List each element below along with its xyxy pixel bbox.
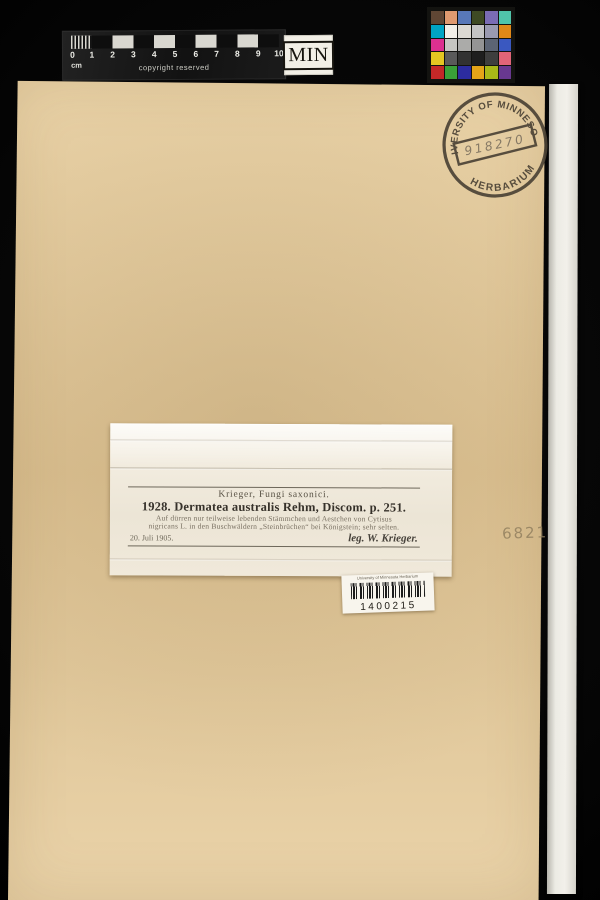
label-description-line2: nigricans L. in den Buschwäldern „Steinb… (128, 523, 420, 532)
scale-ruler: 012345678910 cm copyright reserved (62, 29, 286, 81)
color-patch (472, 11, 485, 24)
color-calibration-chart (427, 7, 515, 83)
ruler-checker-bar (71, 34, 279, 48)
color-patch (431, 66, 444, 79)
color-patch (458, 39, 471, 52)
white-backing-strip (547, 84, 578, 894)
color-patch (445, 11, 458, 24)
packet-fold-crease (110, 439, 452, 442)
color-patch (472, 66, 485, 79)
ruler-tick-label: 9 (256, 48, 261, 58)
barcode-bars (351, 581, 426, 600)
color-patch (499, 11, 512, 24)
color-patch (472, 39, 485, 52)
color-patch (485, 11, 498, 24)
ruler-tick-label: 2 (110, 49, 115, 59)
color-patch (499, 39, 512, 52)
institution-code-text: MIN (283, 40, 334, 69)
ruler-tick-label: 0 (70, 50, 75, 60)
ruler-tick-label: 5 (173, 49, 178, 59)
barcode-label: University of Minnesota Herbarium 140021… (341, 572, 434, 613)
color-patch (431, 25, 444, 38)
color-patch (472, 25, 485, 38)
barcode-header-text: University of Minnesota Herbarium (357, 574, 418, 581)
ruler-tick-label: 4 (152, 49, 157, 59)
ruler-tick-label: 1 (89, 50, 94, 60)
packet-fold-crease (110, 558, 452, 561)
color-patch (458, 25, 471, 38)
color-patch (445, 25, 458, 38)
ruler-tick-label: 6 (193, 49, 198, 59)
color-patch (458, 66, 471, 79)
ruler-tick-label: 7 (214, 49, 219, 59)
institution-code-tag: MIN (284, 35, 333, 75)
color-patch (431, 11, 444, 24)
color-patch (485, 66, 498, 79)
label-collection-date: 20. Juli 1905. (130, 534, 174, 543)
color-patch (499, 66, 512, 79)
color-patch (445, 66, 458, 79)
color-patch (431, 52, 444, 65)
color-patch (485, 25, 498, 38)
color-patch (458, 11, 471, 24)
color-patch (431, 39, 444, 52)
pencil-annotation-number: 6821 (502, 523, 549, 543)
color-patch (499, 25, 512, 38)
color-patch (445, 39, 458, 52)
herbarium-specimen-photo: 012345678910 cm copyright reserved MIN U… (0, 0, 600, 900)
color-patch (472, 52, 485, 65)
color-patch (499, 52, 512, 65)
packet-fold-crease (110, 467, 452, 470)
ruler-tick-label: 8 (235, 49, 240, 59)
ruler-hatch-segment (71, 36, 92, 49)
color-patch (445, 52, 458, 65)
color-patch (458, 52, 471, 65)
ruler-tick-label: 3 (131, 49, 136, 59)
label-collector: leg. W. Krieger. (348, 533, 418, 545)
specimen-packet: Krieger, Fungi saxonici. 1928. Dermatea … (110, 423, 453, 576)
ruler-copyright-text: copyright reserved (63, 62, 285, 73)
exsiccata-label: Krieger, Fungi saxonici. 1928. Dermatea … (128, 486, 420, 547)
color-patch (485, 52, 498, 65)
color-patch (485, 39, 498, 52)
ruler-tick-row: 012345678910 (71, 48, 279, 60)
